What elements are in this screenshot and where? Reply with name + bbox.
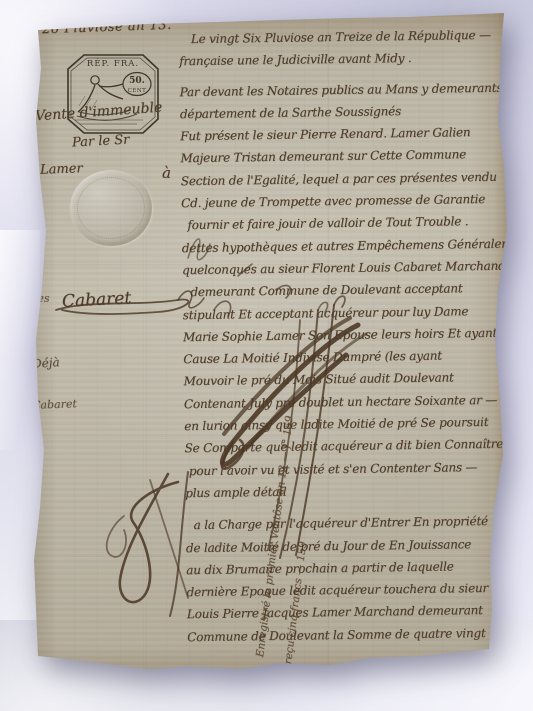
- signature-flourish: [107, 516, 126, 557]
- revenue-stamp: RÉP. FRA. 50. CENT: [65, 52, 161, 136]
- manuscript-line: Marie Sophie Lamer Son Epouse leurs hoir…: [183, 322, 501, 349]
- embossed-seal: [70, 170, 152, 246]
- stamp-unit: CENT: [128, 88, 147, 94]
- manuscript-line: de ladite Moitié de pré du Jour de En Jo…: [186, 532, 504, 559]
- margin-note-seller-name: Lamer: [40, 161, 83, 177]
- manuscript-page: RÉP. FRA. 50. CENT 26 Pluviose an 13. Ve…: [28, 8, 512, 686]
- margin-note-seller: Par le Sr: [72, 133, 130, 151]
- manuscript-line: plus ample détail: [185, 478, 503, 505]
- margin-note-buyer-name: Cabaret: [62, 288, 132, 312]
- margin-note-les: Les: [30, 292, 49, 305]
- photo-backdrop: RÉP. FRA. 50. CENT 26 Pluviose an 13. Ve…: [0, 0, 533, 711]
- stamp-value: 50.: [129, 76, 145, 86]
- manuscript-line: française une le Judiciville avant Midy …: [179, 46, 497, 73]
- manuscript-body: Le vingt Six Pluviose an Treize de la Ré…: [179, 24, 506, 648]
- margin-note-small: Déjà: [32, 355, 61, 371]
- margin-note-small: Cabaret: [32, 397, 77, 412]
- stamp-figure-head: [91, 76, 99, 84]
- paper-sheet: RÉP. FRA. 50. CENT 26 Pluviose an 13. Ve…: [28, 8, 512, 686]
- margin-note-a: à: [162, 164, 171, 182]
- manuscript-line: pour l'avoir vu et visité et s'en Conten…: [189, 455, 503, 482]
- manuscript-line: Le vingt Six Pluviose an Treize de la Ré…: [191, 24, 497, 51]
- signature-flourish: [150, 480, 188, 598]
- manuscript-line: Commune de Doulevant la Somme de quatre …: [187, 621, 505, 648]
- manuscript-line: Par devant les Notaires publics au Mans …: [179, 76, 497, 103]
- stamp-header: RÉP. FRA.: [87, 57, 139, 69]
